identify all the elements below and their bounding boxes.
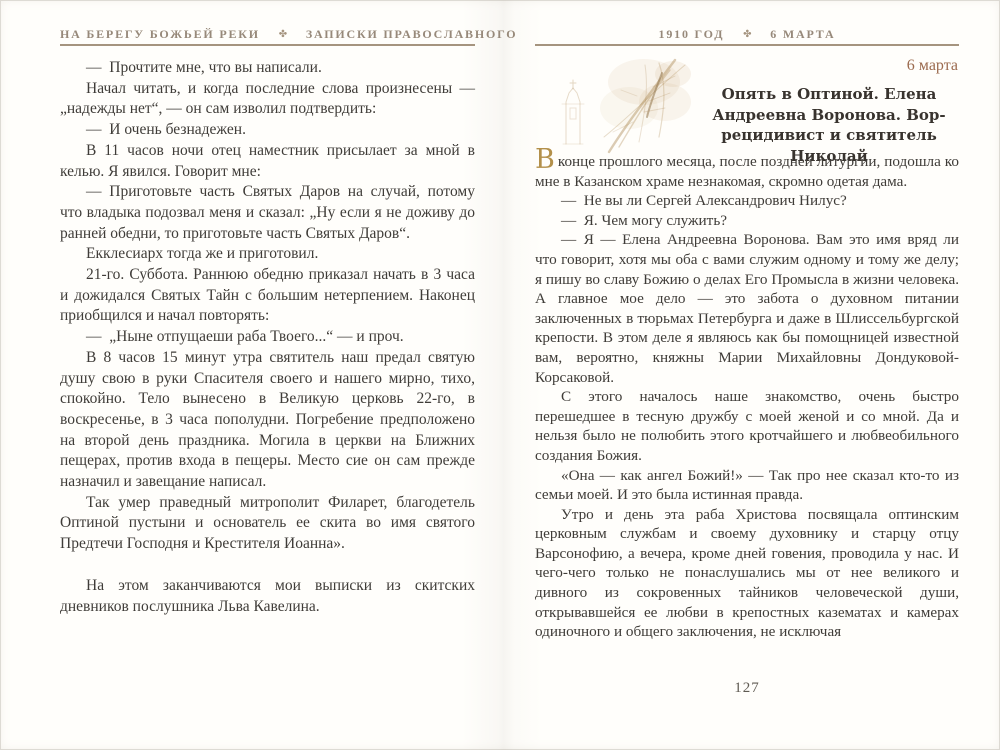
- paragraph: — Я. Чем могу служить?: [535, 211, 959, 231]
- page-number: 127: [535, 680, 959, 697]
- paragraph: 21-го. Суббота. Раннюю обедню приказал н…: [60, 265, 475, 327]
- paragraph: Утро и день эта раба Христова посвящала …: [535, 505, 959, 642]
- paragraph: — „Ныне отпущаеши раба Твоего...“ — и пр…: [60, 327, 475, 348]
- paragraph: — Я — Елена Андреевна Воронова. Вам это …: [535, 230, 959, 387]
- right-running-header: 1910 ГОД ✤ 6 МАРТА: [535, 27, 959, 42]
- fleuron-icon: ✤: [743, 29, 751, 40]
- left-page: НА БЕРЕГУ БОЖЬЕЙ РЕКИ ✤ ЗАПИСКИ ПРАВОСЛА…: [60, 0, 475, 750]
- chapter-date: 6 марта: [701, 57, 958, 75]
- lead-paragraph-text: конце прошлого месяца, после поздней лит…: [535, 153, 959, 190]
- paragraph: В 8 часов 15 минут утра святитель наш пр…: [60, 348, 475, 493]
- paragraph: — Не вы ли Сергей Александрович Нилус?: [535, 191, 959, 211]
- header-book-title: НА БЕРЕГУ БОЖЬЕЙ РЕКИ: [60, 27, 260, 41]
- paragraph: В 11 часов ночи отец наместник присылает…: [60, 141, 475, 182]
- paragraph: Так умер праведный митрополит Филарет, б…: [60, 493, 475, 555]
- paragraph: Екклесиарх тогда же и приготовил.: [60, 244, 475, 265]
- right-body-text: Вконце прошлого месяца, после поздней ли…: [535, 152, 959, 642]
- right-page: 1910 ГОД ✤ 6 МАРТА: [535, 0, 959, 750]
- paragraph: Начал читать, и когда последние слова пр…: [60, 79, 475, 120]
- paragraph: — Прочтите мне, что вы написали.: [60, 58, 475, 79]
- header-rule: [60, 44, 475, 46]
- paragraph: На этом заканчиваются мои выписки из ски…: [60, 576, 475, 617]
- drop-cap-initial: В: [535, 153, 555, 167]
- paragraph: — Приготовьте часть Святых Даров на случ…: [60, 182, 475, 244]
- lead-paragraph: Вконце прошлого месяца, после поздней ли…: [535, 152, 959, 191]
- header-date: 6 МАРТА: [770, 27, 835, 41]
- header-year: 1910 ГОД: [659, 27, 725, 41]
- paragraph: С этого началось наше знакомство, очень …: [535, 387, 959, 465]
- paragraph: «Она — как ангел Божий!» — Так про нее с…: [535, 466, 959, 505]
- left-running-header: НА БЕРЕГУ БОЖЬЕЙ РЕКИ ✤ ЗАПИСКИ ПРАВОСЛА…: [60, 27, 475, 42]
- chapel-and-trees-sketch-illustration: [549, 46, 701, 160]
- header-book-subtitle: ЗАПИСКИ ПРАВОСЛАВНОГО: [306, 27, 517, 41]
- fleuron-icon: ✤: [279, 29, 287, 40]
- book-spread: НА БЕРЕГУ БОЖЬЕЙ РЕКИ ✤ ЗАПИСКИ ПРАВОСЛА…: [0, 0, 1000, 750]
- left-body-text: — Прочтите мне, что вы написали. Начал ч…: [60, 58, 475, 617]
- paragraph: — И очень безнадежен.: [60, 120, 475, 141]
